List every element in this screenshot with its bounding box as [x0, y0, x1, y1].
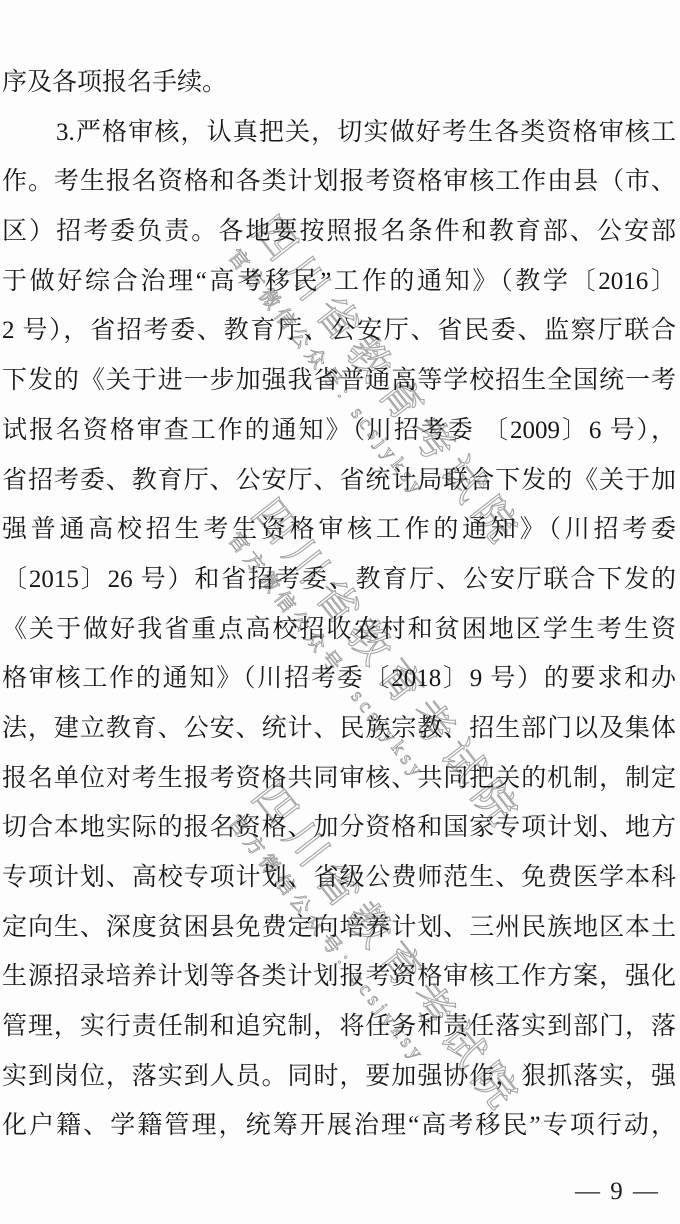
text-line: 报名单位对考生报考资格共同审核、共同把关的机制，制定 — [2, 754, 676, 804]
text-line: 序及各项报名手续。 — [2, 58, 676, 108]
document-body: 序及各项报名手续。3.严格审核，认真把关，切实做好考生各类资格审核工作。考生报名… — [2, 58, 676, 1151]
text-line: 2 号），省招考委、教育厅、公安厅、省民委、监察厅联合 — [2, 306, 676, 356]
text-line: 格审核工作的通知》（川招考委〔2018〕9 号）的要求和办 — [2, 654, 676, 704]
text-line: 《关于做好我省重点高校招收农村和贫困地区学生考生资 — [2, 605, 676, 655]
page-number: — 9 — — [575, 1178, 660, 1206]
document-page: 四川省教育考试院 官方微信公众号：scsjyksy 四川省教育考试院 官方微信公… — [0, 0, 680, 1224]
text-line: 作。考生报名资格和各类计划报考资格审核工作由县（市、 — [2, 157, 676, 207]
text-line: 于做好综合治理“高考移民”工作的通知》（教学〔2016〕 — [2, 257, 676, 307]
text-line: 强普通高校招生考生资格审核工作的通知》（川招考委 — [2, 505, 676, 555]
text-line: 下发的《关于进一步加强我省普通高等学校招生全国统一考 — [2, 356, 676, 406]
text-line: 切合本地实际的报名资格、加分资格和国家专项计划、地方 — [2, 803, 676, 853]
text-line: 定向生、深度贫困县免费定向培养计划、三州民族地区本土 — [2, 903, 676, 953]
text-line: 〔2015〕26 号）和省招考委、教育厅、公安厅联合下发的 — [2, 555, 676, 605]
text-line: 3.严格审核，认真把关，切实做好考生各类资格审核工 — [2, 108, 676, 158]
text-line: 生源招录培养计划等各类计划报考资格审核工作方案，强化 — [2, 952, 676, 1002]
text-line: 实到岗位，落实到人员。同时，要加强协作，狠抓落实，强 — [2, 1052, 676, 1102]
text-line: 管理，实行责任制和追究制，将任务和责任落实到部门，落 — [2, 1002, 676, 1052]
text-line: 区）招考委负责。各地要按照报名条件和教育部、公安部《关 — [2, 207, 676, 257]
text-line: 法，建立教育、公安、统计、民族宗教、招生部门以及集体 — [2, 704, 676, 754]
text-line: 试报名资格审查工作的通知》（川招考委 〔2009〕6 号）， — [2, 406, 676, 456]
text-line: 省招考委、教育厅、公安厅、省统计局联合下发的《关于加 — [2, 456, 676, 506]
text-line: 专项计划、高校专项计划、省级公费师范生、免费医学本科 — [2, 853, 676, 903]
text-line: 化户籍、学籍管理，统筹开展治理“高考移民”专项行动， — [2, 1101, 676, 1151]
